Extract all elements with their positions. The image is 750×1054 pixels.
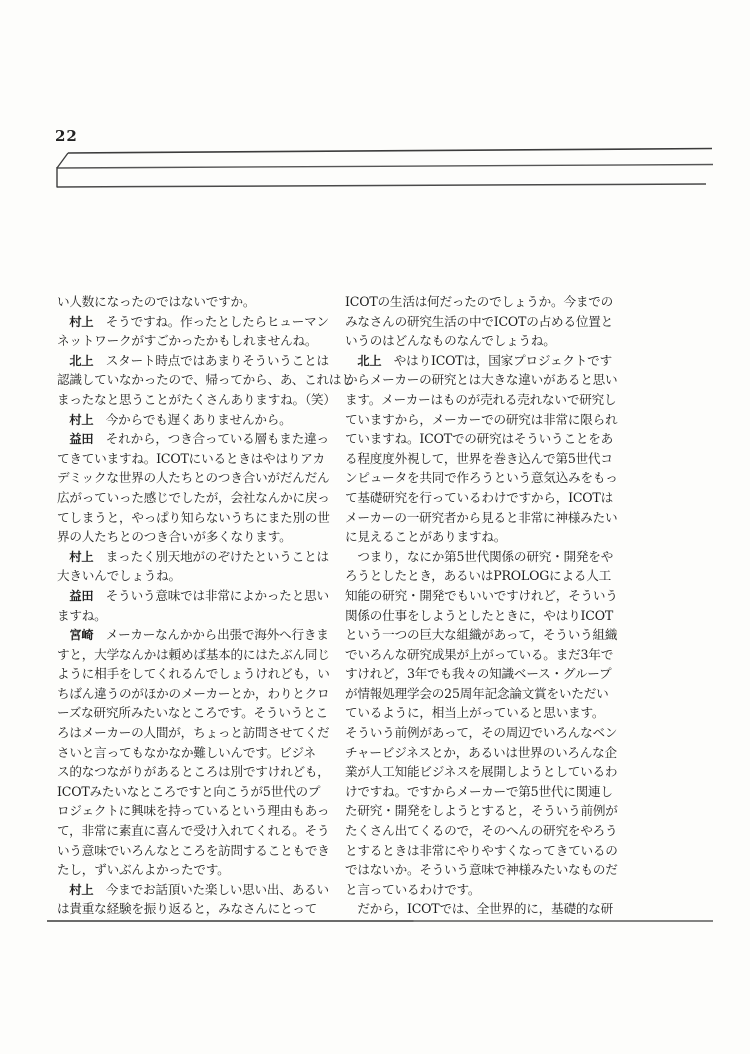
speaker-name: 益田	[69, 589, 93, 603]
speaker-name: 村上	[69, 413, 93, 427]
text-line: ンピュータを共同で作ろうという意気込みをもっ	[345, 468, 627, 488]
speaker-name: 村上	[69, 550, 93, 564]
text-line: ス的なつながりがあるところは別ですけれども，	[57, 762, 339, 782]
text-line: は貴重な経験を振り返ると，みなさんにとって	[57, 899, 339, 919]
text-line: とするときは非常にやりやすくなってきているの	[345, 841, 627, 861]
text-line: デミックな世界の人たちとのつき合いがだんだん	[57, 468, 339, 488]
speaker-name: 北上	[357, 354, 381, 368]
speaker-name: 益田	[69, 432, 93, 446]
text-line: いうのはどんなものなんでしょうね。	[345, 331, 627, 351]
text-line: ていますね。ICOTでの研究はそういうことをあ	[345, 429, 627, 449]
speaker-name: 村上	[69, 315, 93, 329]
text-line: ロジェクトに興味を持っているという理由もあっ	[57, 801, 339, 821]
text-line: て，非常に素直に喜んで受け入れてくれる。そう	[57, 821, 339, 841]
text-line: 知能の研究・開発でもいいですけれど，そういう	[345, 586, 627, 606]
text-line: てきていますね。ICOTにいるときはやはりアカ	[57, 449, 339, 469]
text-line: すけれど，3年でも我々の知識ベース・グループ	[345, 664, 627, 684]
text-line: 広がっていった感じでしたが，会社なんかに戻っ	[57, 488, 339, 508]
text-line: 認識していなかったので、帰ってから、あ、これはし	[57, 370, 339, 390]
text-line: たし，ずいぶんよかったです。	[57, 860, 339, 880]
text-line: 益田 それから，つき合っている層もまた違っ	[57, 429, 339, 449]
text-line: ろうとしたとき，あるいはPROLOGによる人工	[345, 566, 627, 586]
text-line: つまり，なにか第5世代関係の研究・開発をや	[345, 547, 627, 567]
text-line: ICOTみたいなところですと向こうが5世代のプ	[57, 782, 339, 802]
text-line: と言っているわけです。	[345, 880, 627, 900]
text-line: 関係の仕事をしようとしたときに，やはりICOT	[345, 606, 627, 626]
text-line: でいろんな研究成果が上がっている。まだ3年で	[345, 645, 627, 665]
text-line: ICOTの生活は何だったのでしょうか。今までの	[345, 292, 627, 312]
text-line: まったなと思うことがたくさんありますね。（笑）	[57, 390, 339, 410]
text-line: 宮崎 メーカーなんかから出張で海外へ行きま	[57, 625, 339, 645]
text-line: 村上 今までお話頂いた楽しい思い出、あるい	[57, 880, 339, 900]
text-line: 大きいんでしょうね。	[57, 566, 339, 586]
text-line: ではないか。そういう意味で神様みたいなものだ	[345, 860, 627, 880]
speaker-name: 村上	[69, 883, 93, 897]
text-line: メーカーの一研究者から見ると非常に神様みたい	[345, 508, 627, 528]
text-line: いう意味でいろんなところを訪問することもでき	[57, 841, 339, 861]
text-column-left: い人数になったのではないですか。 村上 そうですね。作ったとしたらヒューマンネッ…	[57, 292, 339, 919]
text-line: ますね。	[57, 606, 339, 626]
text-line: 村上 まったく別天地がのぞけたということは	[57, 547, 339, 567]
speaker-name: 宮崎	[69, 628, 93, 642]
text-line: そういう前例があって，その周辺でいろんなベン	[345, 723, 627, 743]
text-line: 益田 そういう意味では非常によかったと思い	[57, 586, 339, 606]
text-line: 界の人たちとのつき合いが多くなります。	[57, 527, 339, 547]
text-line: チャービジネスとか，あるいは世界のいろんな企	[345, 743, 627, 763]
text-line: い人数になったのではないですか。	[57, 292, 339, 312]
text-line: 業が人工知能ビジネスを展開しようとしているわ	[345, 762, 627, 782]
text-line: 村上 そうですね。作ったとしたらヒューマン	[57, 312, 339, 332]
text-line: 北上 やはりICOTは，国家プロジェクトです	[345, 351, 627, 371]
text-line: ます。メーカーはものが売れる売れないで研究し	[345, 390, 627, 410]
text-column-right: ICOTの生活は何だったのでしょうか。今までのみなさんの研究生活の中でICOTの…	[345, 292, 627, 919]
text-line: ているように，相当上がっていると思います。	[345, 703, 627, 723]
text-line: た研究・開発をしようとすると，そういう前例が	[345, 801, 627, 821]
footer-rule	[47, 920, 713, 922]
text-line: たくさん出てくるので，そのへんの研究をやろう	[345, 821, 627, 841]
text-line: ネットワークがすごかったかもしれませんね。	[57, 331, 339, 351]
text-line: さいと言ってもなかなか難しいんです。ビジネ	[57, 743, 339, 763]
text-line: みなさんの研究生活の中でICOTの占める位置と	[345, 312, 627, 332]
text-line: が情報処理学会の25周年記念論文賞をいただい	[345, 684, 627, 704]
text-line: ろはメーカーの人間が，ちょっと訪問させてくだ	[57, 723, 339, 743]
text-line: てしまうと，やっぱり知らないうちにまた別の世	[57, 508, 339, 528]
text-line: る程度度外視して，世界を巻き込んで第5世代コ	[345, 449, 627, 469]
text-line: という一つの巨大な組織があって，そういう組織	[345, 625, 627, 645]
text-line: ちばん違うのがほかのメーカーとか，わりとクロ	[57, 684, 339, 704]
header-rule-band	[0, 0, 750, 200]
text-line: て基礎研究を行っているわけですから，ICOTは	[345, 488, 627, 508]
text-line: ーズな研究所みたいなところです。そういうとこ	[57, 703, 339, 723]
text-line: だから，ICOTでは、全世界的に，基礎的な研	[345, 899, 627, 919]
text-line: 北上 スタート時点ではあまりそういうことは	[57, 351, 339, 371]
text-line: からメーカーの研究とは大きな違いがあると思い	[345, 370, 627, 390]
text-line: 村上 今からでも遅くありませんから。	[57, 410, 339, 430]
text-line: に見えることがありますね。	[345, 527, 627, 547]
text-line: ていますから，メーカーでの研究は非常に限られ	[345, 410, 627, 430]
text-line: けですね。ですからメーカーで第5世代に関連し	[345, 782, 627, 802]
text-line: すと，大学なんかは頼めば基本的にはたぶん同じ	[57, 645, 339, 665]
speaker-name: 北上	[69, 354, 93, 368]
text-line: ように相手をしてくれるんでしょうけれども，い	[57, 664, 339, 684]
